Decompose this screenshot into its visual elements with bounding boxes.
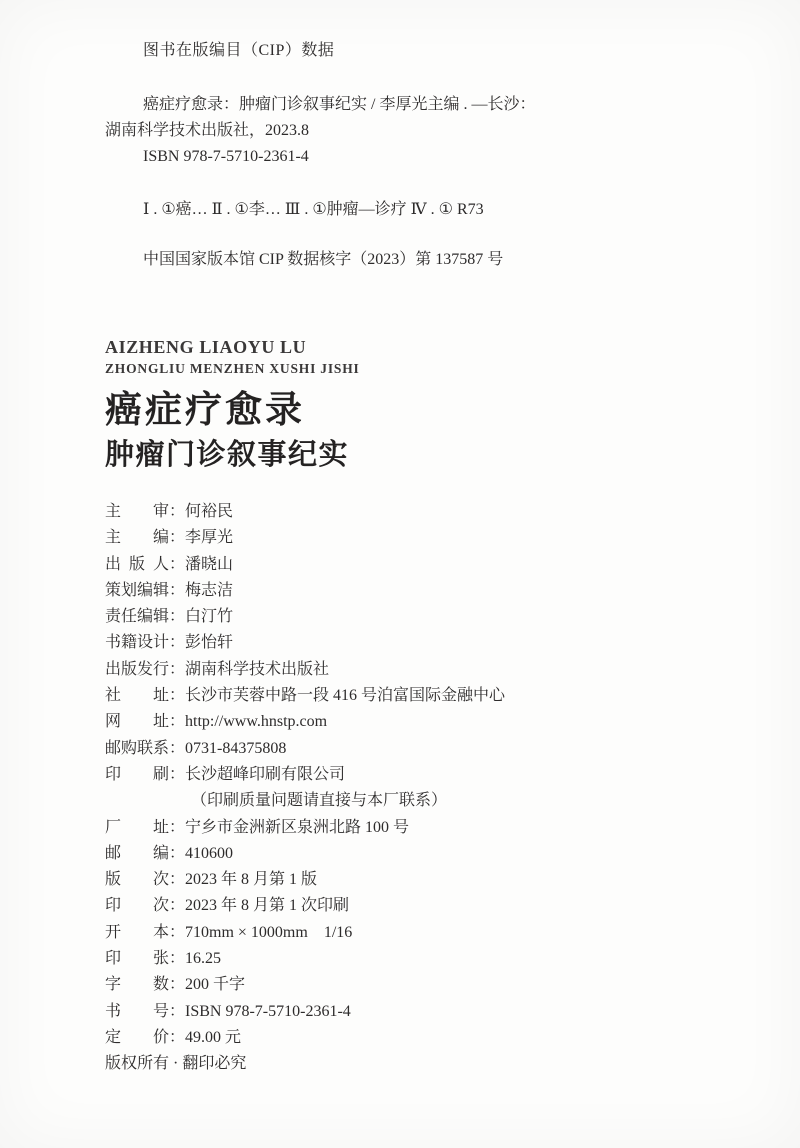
colophon-value: 410600 [185,845,233,862]
colophon-value: 200 千字 [185,976,245,993]
colophon-colon: ： [169,499,185,525]
colophon-colon: ： [169,815,185,841]
colophon-colon: ： [169,552,185,578]
colophon-value: 16.25 [185,950,221,967]
colophon-colon: ： [169,972,185,998]
colophon-row: 网址：http://www.hnstp.com [105,709,745,735]
colophon-row: 出版人：潘晓山 [105,552,745,578]
colophon-label: 版次 [105,867,169,893]
colophon-label: 邮编 [105,841,169,867]
colophon-label: 出版人 [105,552,169,578]
colophon-value: ISBN 978-7-5710-2361-4 [185,1003,351,1020]
colophon-row: 社址：长沙市芙蓉中路一段 416 号泊富国际金融中心 [105,683,745,709]
colophon-label: 书号 [105,999,169,1025]
book-subtitle: 肿瘤门诊叙事纪实 [105,436,745,474]
colophon-value: 潘晓山 [185,556,233,573]
colophon-label: 印刷 [105,762,169,788]
colophon-value: 宁乡市金洲新区泉洲北路 100 号 [185,819,409,836]
colophon-colon: ： [169,920,185,946]
cip-registry-line: 中国国家版本馆 CIP 数据核字（2023）第 137587 号 [105,247,745,273]
colophon-row: 邮编：410600 [105,841,745,867]
colophon-row: 邮购联系：0731-84375808 [105,736,745,762]
colophon-label: 策划编辑 [105,578,169,604]
colophon-value: 何裕民 [185,503,233,520]
colophon-label: 字数 [105,972,169,998]
colophon-colon: ： [169,709,185,735]
colophon-value: 长沙超峰印刷有限公司 [185,766,345,783]
colophon-row: 厂址：宁乡市金洲新区泉洲北路 100 号 [105,815,745,841]
cip-heading: 图书在版编目（CIP）数据 [105,40,745,62]
colophon-colon: ： [169,762,185,788]
colophon-label: 定价 [105,1025,169,1051]
colophon-row: 印刷：长沙超峰印刷有限公司 [105,762,745,788]
colophon-value: 0731-84375808 [185,740,286,757]
colophon-value: 彭怡轩 [185,634,233,651]
colophon-colon: ： [169,630,185,656]
colophon-colon: ： [169,867,185,893]
colophon-label: 厂址 [105,815,169,841]
colophon-colon: ： [169,683,185,709]
colophon-row: 书号：ISBN 978-7-5710-2361-4 [105,999,745,1025]
colophon-value: 2023 年 8 月第 1 次印刷 [185,897,349,914]
colophon-row: 版次：2023 年 8 月第 1 版 [105,867,745,893]
colophon-row: 字数：200 千字 [105,972,745,998]
colophon-label: 邮购联系 [105,736,169,762]
colophon-note: （印刷质量问题请直接与本厂联系） [191,792,447,809]
colophon-row: 印次：2023 年 8 月第 1 次印刷 [105,893,745,919]
book-title: 癌症疗愈录 [105,387,745,433]
colophon-colon: ： [169,525,185,551]
colophon-colon: ： [169,578,185,604]
colophon-value: 湖南科学技术出版社 [185,661,329,678]
colophon-label: 网址 [105,709,169,735]
pinyin-title: AIZHENG LIAOYU LU [105,335,745,359]
colophon-value: 49.00 元 [185,1029,241,1046]
book-copyright-page: 图书在版编目（CIP）数据 癌症疗愈录：肿瘤门诊叙事纪实 / 李厚光主编 . —… [0,0,800,1148]
colophon-row: 责任编辑：白汀竹 [105,604,745,630]
colophon-row: 书籍设计：彭怡轩 [105,630,745,656]
cip-record-block: 癌症疗愈录：肿瘤门诊叙事纪实 / 李厚光主编 . —长沙： 湖南科学技术出版社，… [105,92,745,170]
cip-isbn-line: ISBN 978-7-5710-2361-4 [105,144,745,170]
cip-record-line1: 癌症疗愈录：肿瘤门诊叙事纪实 / 李厚光主编 . —长沙： [105,92,745,118]
colophon-label: 主审 [105,499,169,525]
colophon-row: 策划编辑：梅志洁 [105,578,745,604]
cip-classification-line: Ⅰ . ①癌… Ⅱ . ①李… Ⅲ . ①肿瘤—诊疗 Ⅳ . ① R73 [105,197,745,223]
colophon-label: 书籍设计 [105,630,169,656]
title-block: AIZHENG LIAOYU LU ZHONGLIU MENZHEN XUSHI… [105,335,745,474]
colophon-colon: ： [169,946,185,972]
colophon-value: 长沙市芙蓉中路一段 416 号泊富国际金融中心 [185,687,505,704]
colophon-colon: ： [169,841,185,867]
colophon-colon: ： [169,736,185,762]
colophon-value: 2023 年 8 月第 1 版 [185,871,317,888]
colophon-value: 李厚光 [185,529,233,546]
colophon-colon: ： [169,657,185,683]
copyright-notice: 版权所有 · 翻印必究 [105,1051,745,1077]
colophon-label: 开本 [105,920,169,946]
colophon-colon: ： [169,1025,185,1051]
colophon-value: 梅志洁 [185,582,233,599]
pinyin-subtitle: ZHONGLIU MENZHEN XUSHI JISHI [105,359,745,379]
colophon-colon: ： [169,999,185,1025]
colophon-label: 印张 [105,946,169,972]
colophon-label: 责任编辑 [105,604,169,630]
colophon-label: 出版发行 [105,657,169,683]
colophon-row: 主编：李厚光 [105,525,745,551]
colophon-value: 白汀竹 [185,608,233,625]
colophon-note-row: （印刷质量问题请直接与本厂联系） [105,788,745,814]
colophon-list: 主审：何裕民主编：李厚光出版人：潘晓山策划编辑：梅志洁责任编辑：白汀竹书籍设计：… [105,499,745,1051]
colophon-row: 出版发行：湖南科学技术出版社 [105,657,745,683]
colophon-row: 主审：何裕民 [105,499,745,525]
colophon-label: 印次 [105,893,169,919]
colophon-colon: ： [169,604,185,630]
colophon-value: http://www.hnstp.com [185,713,327,730]
colophon-row: 定价：49.00 元 [105,1025,745,1051]
cip-record-line2: 湖南科学技术出版社，2023.8 [105,118,745,144]
colophon-row: 开本：710mm × 1000mm 1/16 [105,920,745,946]
colophon-row: 印张：16.25 [105,946,745,972]
colophon-label: 社址 [105,683,169,709]
colophon-colon: ： [169,893,185,919]
colophon-label: 主编 [105,525,169,551]
colophon-value: 710mm × 1000mm 1/16 [185,924,352,941]
